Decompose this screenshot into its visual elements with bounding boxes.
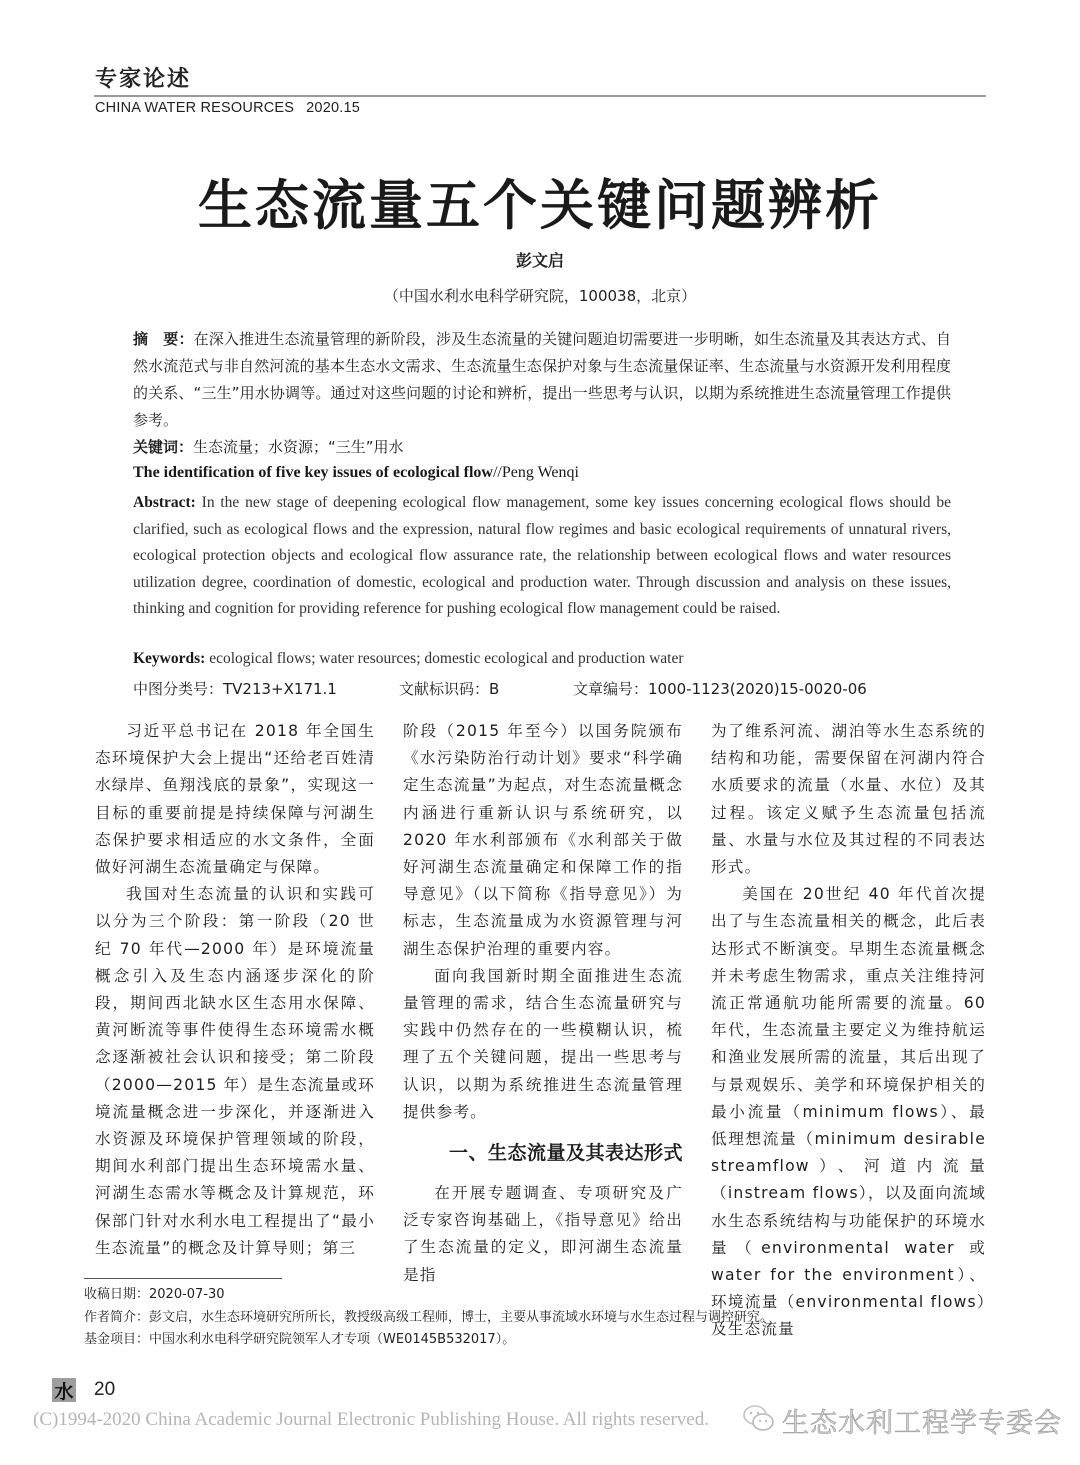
abstract-en: Abstract: In the new stage of deepening … [133,490,951,623]
abstract-en-text: In the new stage of deepening ecological… [133,494,951,617]
wechat-icon [742,1404,776,1438]
section-label: 专家论述 [95,62,191,93]
author-bio: 作者简介：彭文启，水生态环境研究所所长，教授级高级工程师，博士，主要从事流域水环… [84,1307,773,1330]
keywords-cn: 关键词：生态流量；水资源；“三生”用水 [133,436,404,457]
english-author: //Peng Wenqi [493,464,579,481]
paragraph: 我国对生态流量的认识和实践可以分为三个阶段：第一阶段（20 世纪 70 年代—2… [95,881,375,1262]
footnote-rule [84,1278,282,1279]
watermark: 生态水利工程学专委会 [742,1401,1062,1440]
journal-badge: 水 [52,1378,76,1402]
keywords-en: Keywords: ecological flows; water resour… [133,650,684,668]
page-number: 20 [94,1379,115,1401]
paragraph: 在开展专题调查、专项研究及广泛专家咨询基础上，《指导意见》给出了生态流量的定义，… [403,1180,683,1289]
article-number: 文章编号：1000-1123(2020)15-0020-06 [573,678,867,699]
clc-number: 中图分类号：TV213+X171.1 [133,678,337,699]
paragraph: 阶段（2015 年至今）以国务院颁布《水污染防治行动计划》要求“科学确定生态流量… [403,718,683,963]
journal-issue: 2020.15 [306,100,360,116]
header-rule [94,95,986,97]
abstract-cn: 摘 要：在深入推进生态流量管理的新阶段，涉及生态流量的关键问题迫切需要进一步明晰… [133,326,951,434]
english-title: The identification of five key issues of… [133,464,579,482]
paragraph: 面向我国新时期全面推进生态流量管理的需求，结合生态流量研究与实践中仍然存在的一些… [403,963,683,1126]
journal-line: CHINA WATER RESOURCES2020.15 [95,100,360,116]
article-affiliation: （中国水利水电科学研究院，100038，北京） [0,285,1080,306]
paragraph: 为了维系河流、湖泊等水生态系统的结构和功能，需要保留在河湖内符合水质要求的流量（… [711,718,986,881]
paragraph: 习近平总书记在 2018 年全国生态环境保护大会上提出“还给老百姓清水绿岸、鱼翔… [95,718,375,881]
watermark-text: 生态水利工程学专委会 [782,1401,1062,1440]
footnotes: 收稿日期：2020-07-30 作者简介：彭文启，水生态环境研究所所长，教授级高… [84,1284,773,1352]
keywords-en-text: ecological flows; water resources; domes… [209,650,683,667]
abstract-en-label: Abstract: [133,494,196,511]
section-heading: 一、生态流量及其表达形式 [403,1138,683,1168]
english-title-text: The identification of five key issues of… [133,464,493,481]
article-author: 彭文启 [0,248,1080,271]
keywords-cn-label: 关键词： [133,438,193,456]
keywords-cn-text: 生态流量；水资源；“三生”用水 [193,438,404,456]
paragraph: 美国在 20世纪 40 年代首次提出了与生态流量相关的概念，此后表达形式不断演变… [711,881,986,1343]
article-title: 生态流量五个关键问题辨析 [0,163,1080,240]
keywords-en-label: Keywords: [133,650,205,667]
body-column-1: 习近平总书记在 2018 年全国生态环境保护大会上提出“还给老百姓清水绿岸、鱼翔… [95,718,375,1262]
abstract-cn-text: 在深入推进生态流量管理的新阶段，涉及生态流量的关键问题迫切需要进一步明晰，如生态… [133,330,951,429]
document-code: 文献标识码：B [399,678,499,699]
journal-name: CHINA WATER RESOURCES [95,100,294,116]
abstract-cn-label: 摘 要： [133,330,194,348]
page-footer: 水 20 [52,1378,115,1402]
body-column-3: 为了维系河流、湖泊等水生态系统的结构和功能，需要保留在河湖内符合水质要求的流量（… [711,718,986,1344]
received-date: 收稿日期：2020-07-30 [84,1284,773,1307]
copyright-notice: (C)1994-2020 China Academic Journal Elec… [33,1409,709,1431]
body-column-2: 阶段（2015 年至今）以国务院颁布《水污染防治行动计划》要求“科学确定生态流量… [403,718,683,1289]
fund-project: 基金项目：中国水利水电科学研究院领军人才专项（WE0145B532017）。 [84,1329,773,1352]
